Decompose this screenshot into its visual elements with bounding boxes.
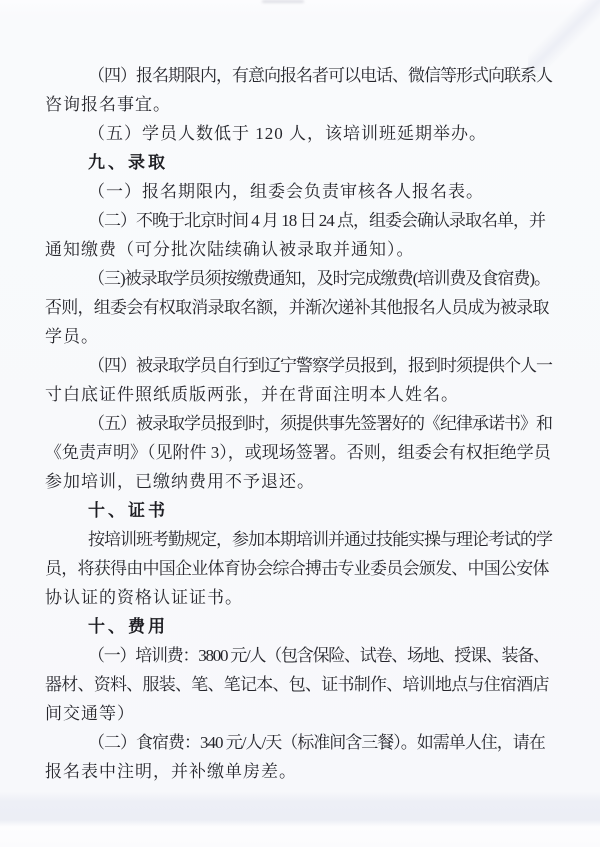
document-line: （四）报名期限内，有意向报名者可以电话、微信等形式向联系人: [45, 61, 552, 90]
scanned-document-page: （四）报名期限内，有意向报名者可以电话、微信等形式向联系人咨询报名事宜。（五）学…: [0, 0, 600, 847]
document-line: 学员。: [45, 322, 552, 351]
section-heading: 十、证书: [45, 496, 552, 525]
document-line: 参加培训，已缴纳费用不予退还。: [45, 467, 552, 496]
document-line: （二）不晚于北京时间 4 月 18 日 24 点，组委会确认录取名单，并: [45, 206, 552, 235]
document-body: （四）报名期限内，有意向报名者可以电话、微信等形式向联系人咨询报名事宜。（五）学…: [45, 61, 552, 786]
document-line: 协认证的资格认证证书。: [45, 583, 552, 612]
document-line: （五）被录取学员报到时，须提供事先签署好的《纪律承诺书》和: [45, 409, 552, 438]
document-line: 否则，组委会有权取消录取名额，并渐次递补其他报名人员成为被录取: [45, 293, 552, 322]
document-line: 器材、资料、服装、笔、笔记本、包、证书制作、培训地点与住宿酒店: [45, 670, 552, 699]
document-line: （五）学员人数低于 120 人，该培训班延期举办。: [45, 119, 552, 148]
section-heading: 九、录取: [45, 148, 552, 177]
document-line: （二）食宿费：340 元/人/天（标准间含三餐）。如需单人住，请在: [45, 728, 552, 757]
document-line: （四）被录取学员自行到辽宁警察学员报到，报到时须提供个人一: [45, 351, 552, 380]
document-line: 报名表中注明，并补缴单房差。: [45, 757, 552, 786]
document-line: 按培训班考勤规定，参加本期培训并通过技能实操与理论考试的学: [45, 525, 552, 554]
document-line: （三)被录取学员须按缴费通知，及时完成缴费(培训费及食宿费)。: [45, 264, 552, 293]
document-line: （一）培训费：3800 元/人（包含保险、试卷、场地、授课、装备、: [45, 641, 552, 670]
document-line: 《免责声明》（见附件 3），或现场签署。否则，组委会有权拒绝学员: [45, 438, 552, 467]
scan-artifact-top: [262, 0, 304, 3]
document-line: 咨询报名事宜。: [45, 90, 552, 119]
section-heading: 十、费用: [45, 612, 552, 641]
document-line: 员，将获得由中国企业体育协会综合搏击专业委员会颁发、中国公安体: [45, 554, 552, 583]
document-line: 寸白底证件照纸质版两张，并在背面注明本人姓名。: [45, 380, 552, 409]
document-line: 通知缴费（可分批次陆续确认被录取并通知）。: [45, 235, 552, 264]
document-line: （一）报名期限内，组委会负责审核各人报名表。: [45, 177, 552, 206]
document-line: 间交通等）: [45, 699, 552, 728]
